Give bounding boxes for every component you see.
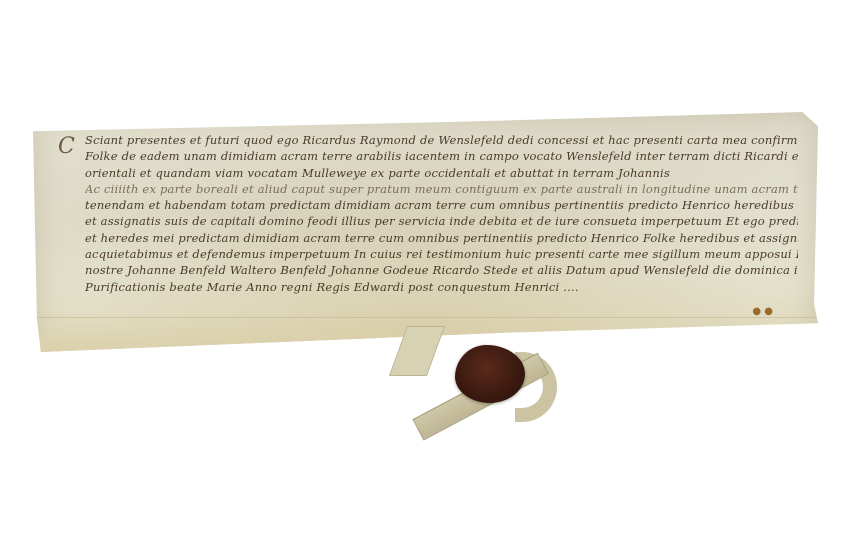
text-line: nostre Johanne Benfeld Waltero Benfeld J… <box>85 262 798 278</box>
text-line: Ac ciiiith ex parte boreali et aliud cap… <box>85 181 798 197</box>
wax-seal <box>455 345 525 403</box>
ink-stains: ● ● <box>752 306 773 317</box>
text-line: orientali et quandam viam vocatam Mullew… <box>85 165 798 181</box>
text-line: Purificationis beate Marie Anno regni Re… <box>85 279 798 295</box>
text-line: Sciant presentes et futuri quod ego Rica… <box>85 132 798 148</box>
text-line: Folke de eadem unam dimidiam acram terre… <box>85 148 798 164</box>
marginal-mark: C <box>58 134 75 159</box>
document-photo: C Sciant presentes et futuri quod ego Ri… <box>0 0 850 551</box>
text-line: tenendam et habendam totam predictam dim… <box>85 197 798 213</box>
charter-text: Sciant presentes et futuri quod ego Rica… <box>85 132 798 295</box>
text-line: et heredes mei predictam dimidiam acram … <box>85 230 798 246</box>
text-line: acquietabimus et defendemus imperpetuum … <box>85 246 798 262</box>
parchment-sheet: C Sciant presentes et futuri quod ego Ri… <box>33 112 818 352</box>
text-line: et assignatis suis de capitali domino fe… <box>85 213 798 229</box>
